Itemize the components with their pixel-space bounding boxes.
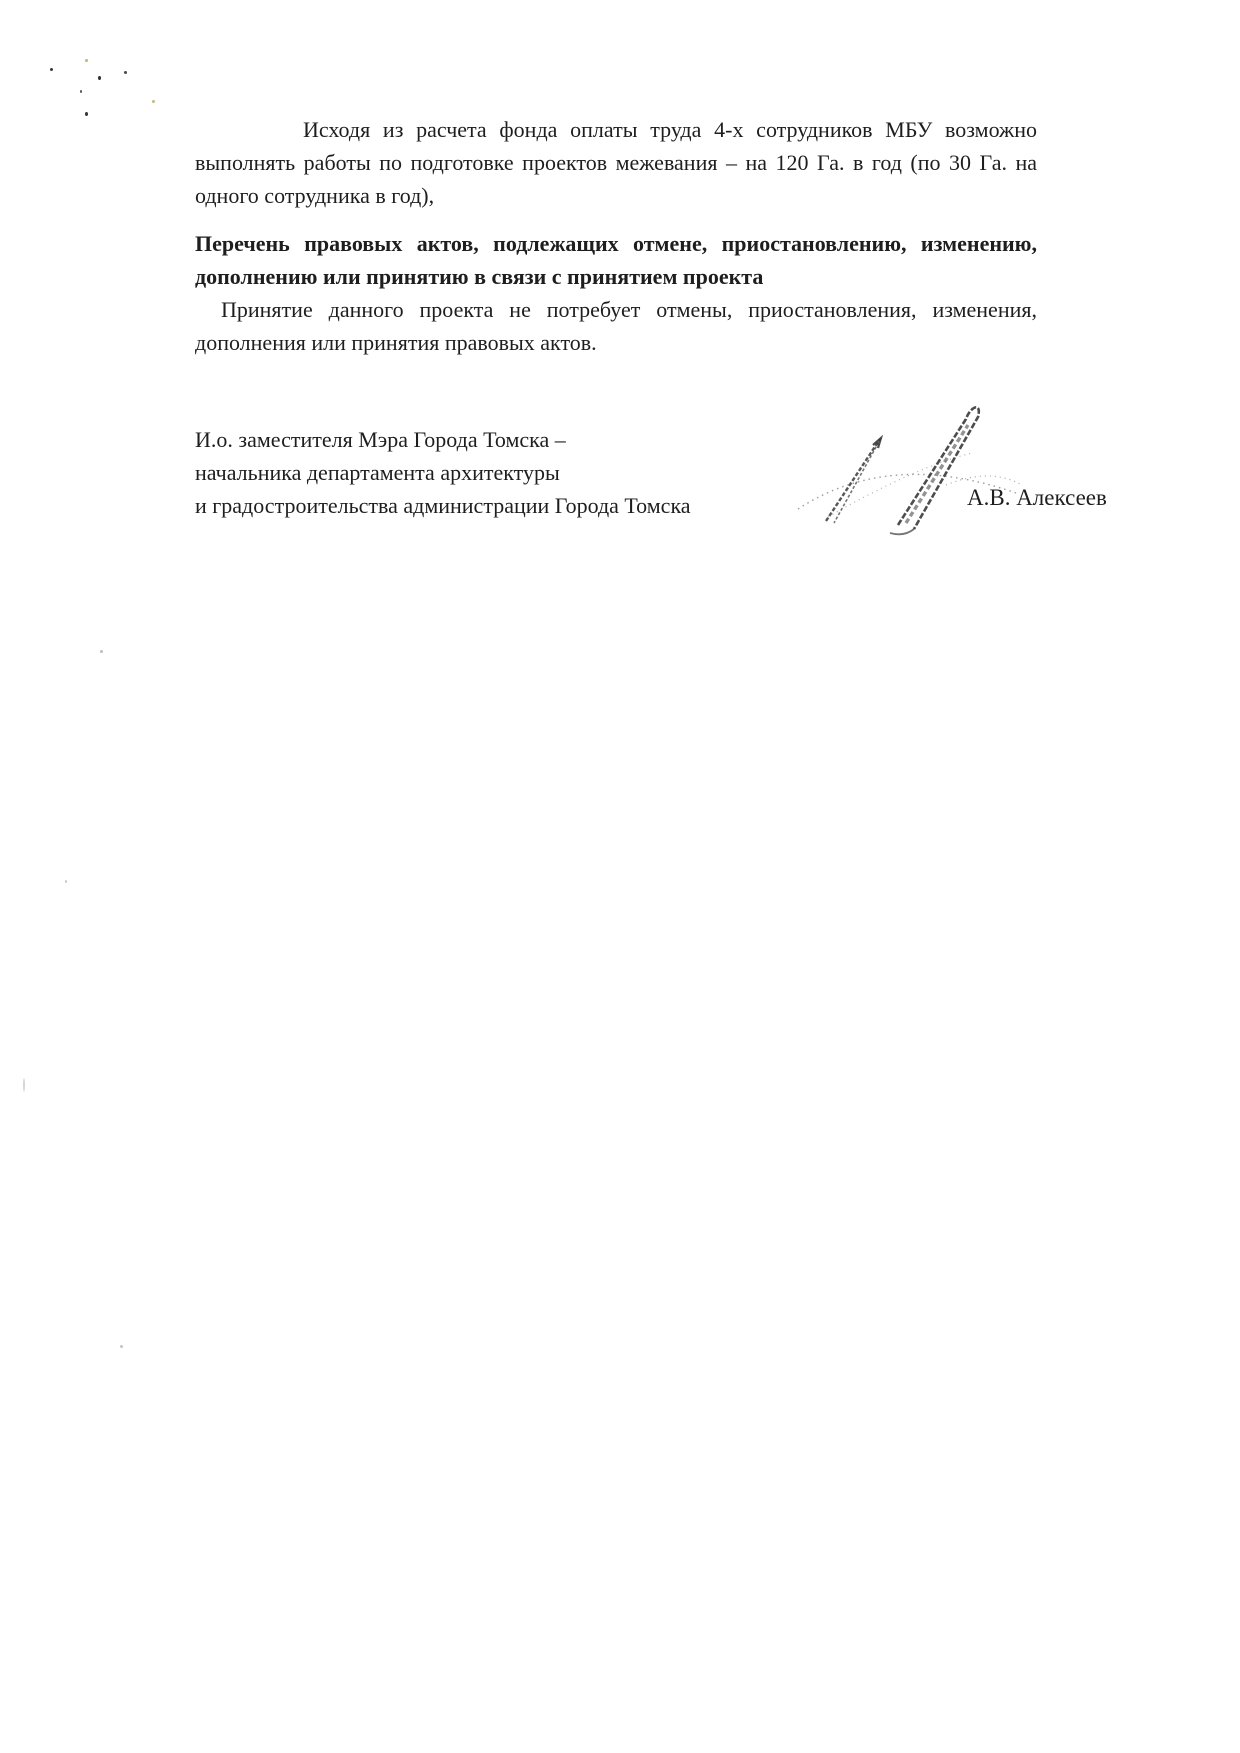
intro-paragraph-line: одного сотрудника в год), <box>195 179 1037 212</box>
handwritten-signature-icon <box>710 389 1030 541</box>
section-heading-line: дополнению или принятию в связи с принят… <box>195 260 1037 293</box>
scanned-document-page: Исходя из расчета фонда оплаты труда 4-х… <box>0 0 1240 1753</box>
scan-speck <box>65 880 67 883</box>
scan-speck <box>152 100 155 103</box>
scan-speck <box>50 68 53 71</box>
scan-speck <box>80 90 82 93</box>
body-paragraph-line: Принятие данного проекта не потребует от… <box>195 293 1037 326</box>
intro-paragraph-line: Исходя из расчета фонда оплаты труда 4-х… <box>195 113 1037 146</box>
scan-speck <box>120 1345 123 1348</box>
body-paragraph-line: дополнения или принятия правовых актов. <box>195 326 1037 359</box>
scan-speck <box>85 59 88 62</box>
document-text-block: Исходя из расчета фонда оплаты труда 4-х… <box>195 113 1037 522</box>
scan-speck <box>23 1078 25 1092</box>
scan-speck <box>124 71 127 74</box>
signer-name: А.В. Алексеев <box>967 481 1107 514</box>
scan-speck <box>98 76 101 80</box>
scan-speck <box>100 650 103 653</box>
section-heading-line: Перечень правовых актов, подлежащих отме… <box>195 227 1037 260</box>
scan-speck <box>85 112 88 116</box>
signature-block: И.о. заместителя Мэра Города Томска – на… <box>195 423 1037 522</box>
intro-paragraph-line: выполнять работы по подготовке проектов … <box>195 146 1037 179</box>
